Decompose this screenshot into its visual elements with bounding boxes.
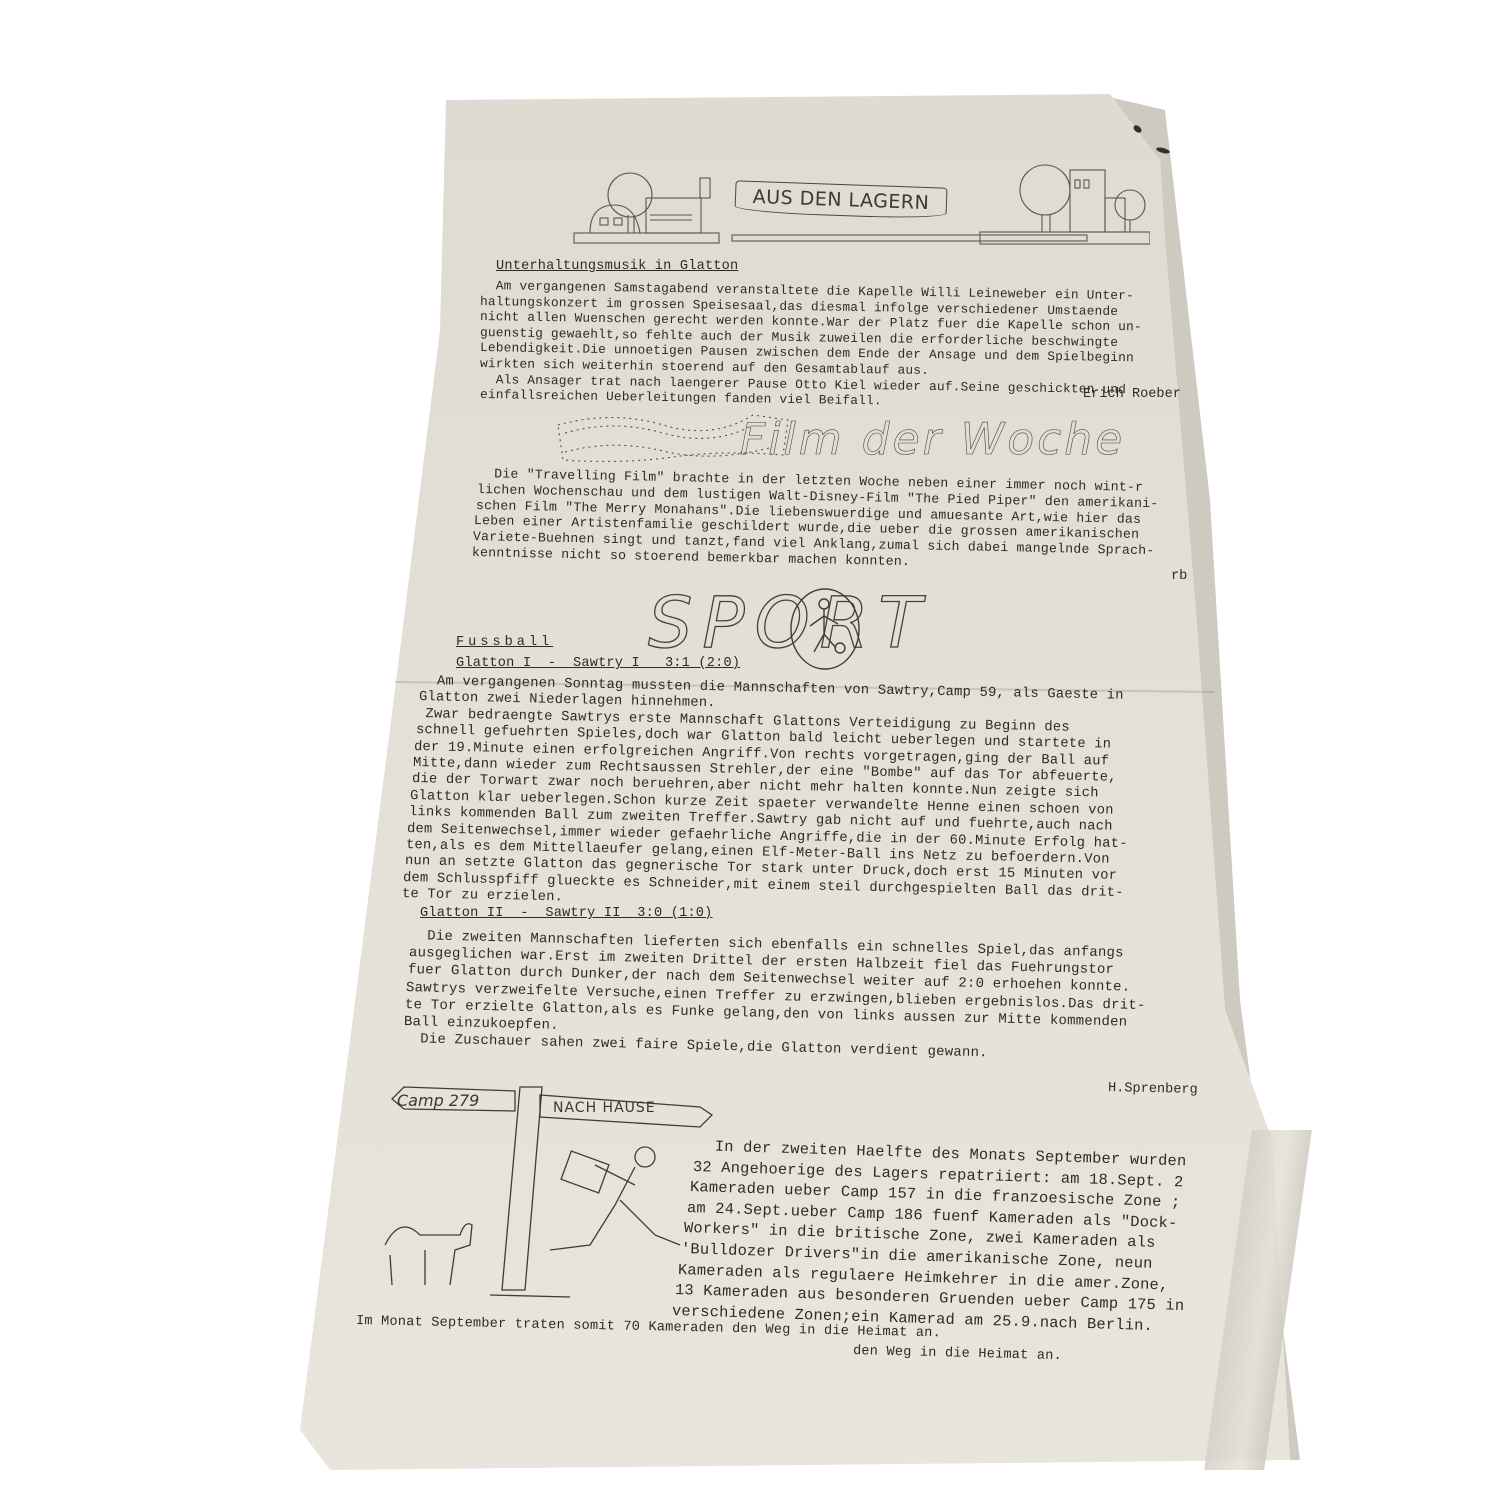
- signpost-right-label: NACH HAUSE: [553, 1100, 656, 1116]
- music-author: Erich Roeber: [1083, 387, 1181, 402]
- text-line: te Tor zu erzielen.: [402, 887, 563, 905]
- match-1-title: Glatton I - Sawtry I 3:1 (2:0): [456, 656, 740, 671]
- film-section-title: Film der Woche: [740, 414, 1125, 465]
- closing-line-continuation: den Weg in die Heimat an.: [853, 1344, 1062, 1364]
- football-player-emblem-icon: [788, 586, 862, 672]
- signpost-left-label: Camp 279: [397, 1091, 479, 1110]
- signpost-homecoming-illustration: [380, 1085, 720, 1315]
- text-line: Die Zuschauer sahen zwei faire Spiele,di…: [403, 1031, 988, 1061]
- match-2-title: Glatton II - Sawtry II 3:0 (1:0): [420, 906, 713, 921]
- sport-author: H.Sprenberg: [1108, 1081, 1198, 1098]
- fussball-subheading: Fussball: [456, 635, 553, 650]
- document-body: AUS DEN LAGERN Unterhaltungsmusik in Gla…: [0, 0, 1512, 1512]
- film-author: rb: [1171, 569, 1187, 584]
- section-heading-music: Unterhaltungsmusik in Glatton: [496, 259, 738, 274]
